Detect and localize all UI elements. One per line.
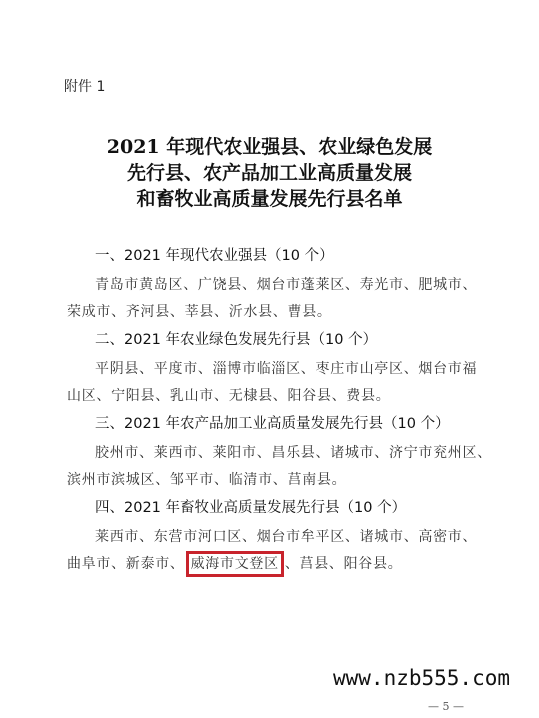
section-text-last: 曲阜市、新泰市、威海市文登区、莒县、阳谷县。 [67,551,487,578]
section-text: 荣成市、齐河县、莘县、沂水县、曹县。 [67,299,487,326]
section-green-development: 二、2021 年农业绿色发展先行县（10 个） 平阴县、平度市、淄博市临淄区、枣… [67,326,487,410]
text-before-highlight: 曲阜市、新泰市、 [67,556,185,572]
document-body: 一、2021 年现代农业强县（10 个） 青岛市黄岛区、广饶县、烟台市蓬莱区、寿… [67,242,487,578]
section-animal-husbandry: 四、2021 年畜牧业高质量发展先行县（10 个） 莱西市、东营市河口区、烟台市… [67,494,487,578]
text-after-highlight: 、莒县、阳谷县。 [285,556,403,572]
title-line: 2021 年现代农业强县、农业绿色发展 [0,134,539,160]
section-heading: 二、2021 年农业绿色发展先行县（10 个） [67,326,487,356]
section-processing-industry: 三、2021 年农产品加工业高质量发展先行县（10 个） 胶州市、莱西市、莱阳市… [67,410,487,494]
section-text: 滨州市滨城区、邹平市、临清市、莒南县。 [67,467,487,494]
section-text: 莱西市、东营市河口区、烟台市牟平区、诸城市、高密市、 [67,524,487,551]
title-line: 先行县、农产品加工业高质量发展 [0,160,539,186]
attachment-label: 附件 1 [64,76,105,96]
document-title: 2021 年现代农业强县、农业绿色发展 先行县、农产品加工业高质量发展 和畜牧业… [0,134,539,212]
section-heading: 四、2021 年畜牧业高质量发展先行县（10 个） [67,494,487,524]
section-heading: 三、2021 年农产品加工业高质量发展先行县（10 个） [67,410,487,440]
section-text: 胶州市、莱西市、莱阳市、昌乐县、诸城市、济宁市兖州区、 [67,440,487,467]
section-modern-agriculture: 一、2021 年现代农业强县（10 个） 青岛市黄岛区、广饶县、烟台市蓬莱区、寿… [67,242,487,326]
section-heading: 一、2021 年现代农业强县（10 个） [67,242,487,272]
section-text: 青岛市黄岛区、广饶县、烟台市蓬莱区、寿光市、肥城市、 [67,272,487,299]
page-number: — 5 — [428,700,464,713]
highlighted-county: 威海市文登区 [186,551,284,577]
watermark: www.nzb555.com [333,666,510,690]
document-page: 附件 1 2021 年现代农业强县、农业绿色发展 先行县、农产品加工业高质量发展… [0,0,539,718]
section-text: 平阴县、平度市、淄博市临淄区、枣庄市山亭区、烟台市福 [67,356,487,383]
title-line: 和畜牧业高质量发展先行县名单 [0,186,539,212]
section-text: 山区、宁阳县、乳山市、无棣县、阳谷县、费县。 [67,383,487,410]
